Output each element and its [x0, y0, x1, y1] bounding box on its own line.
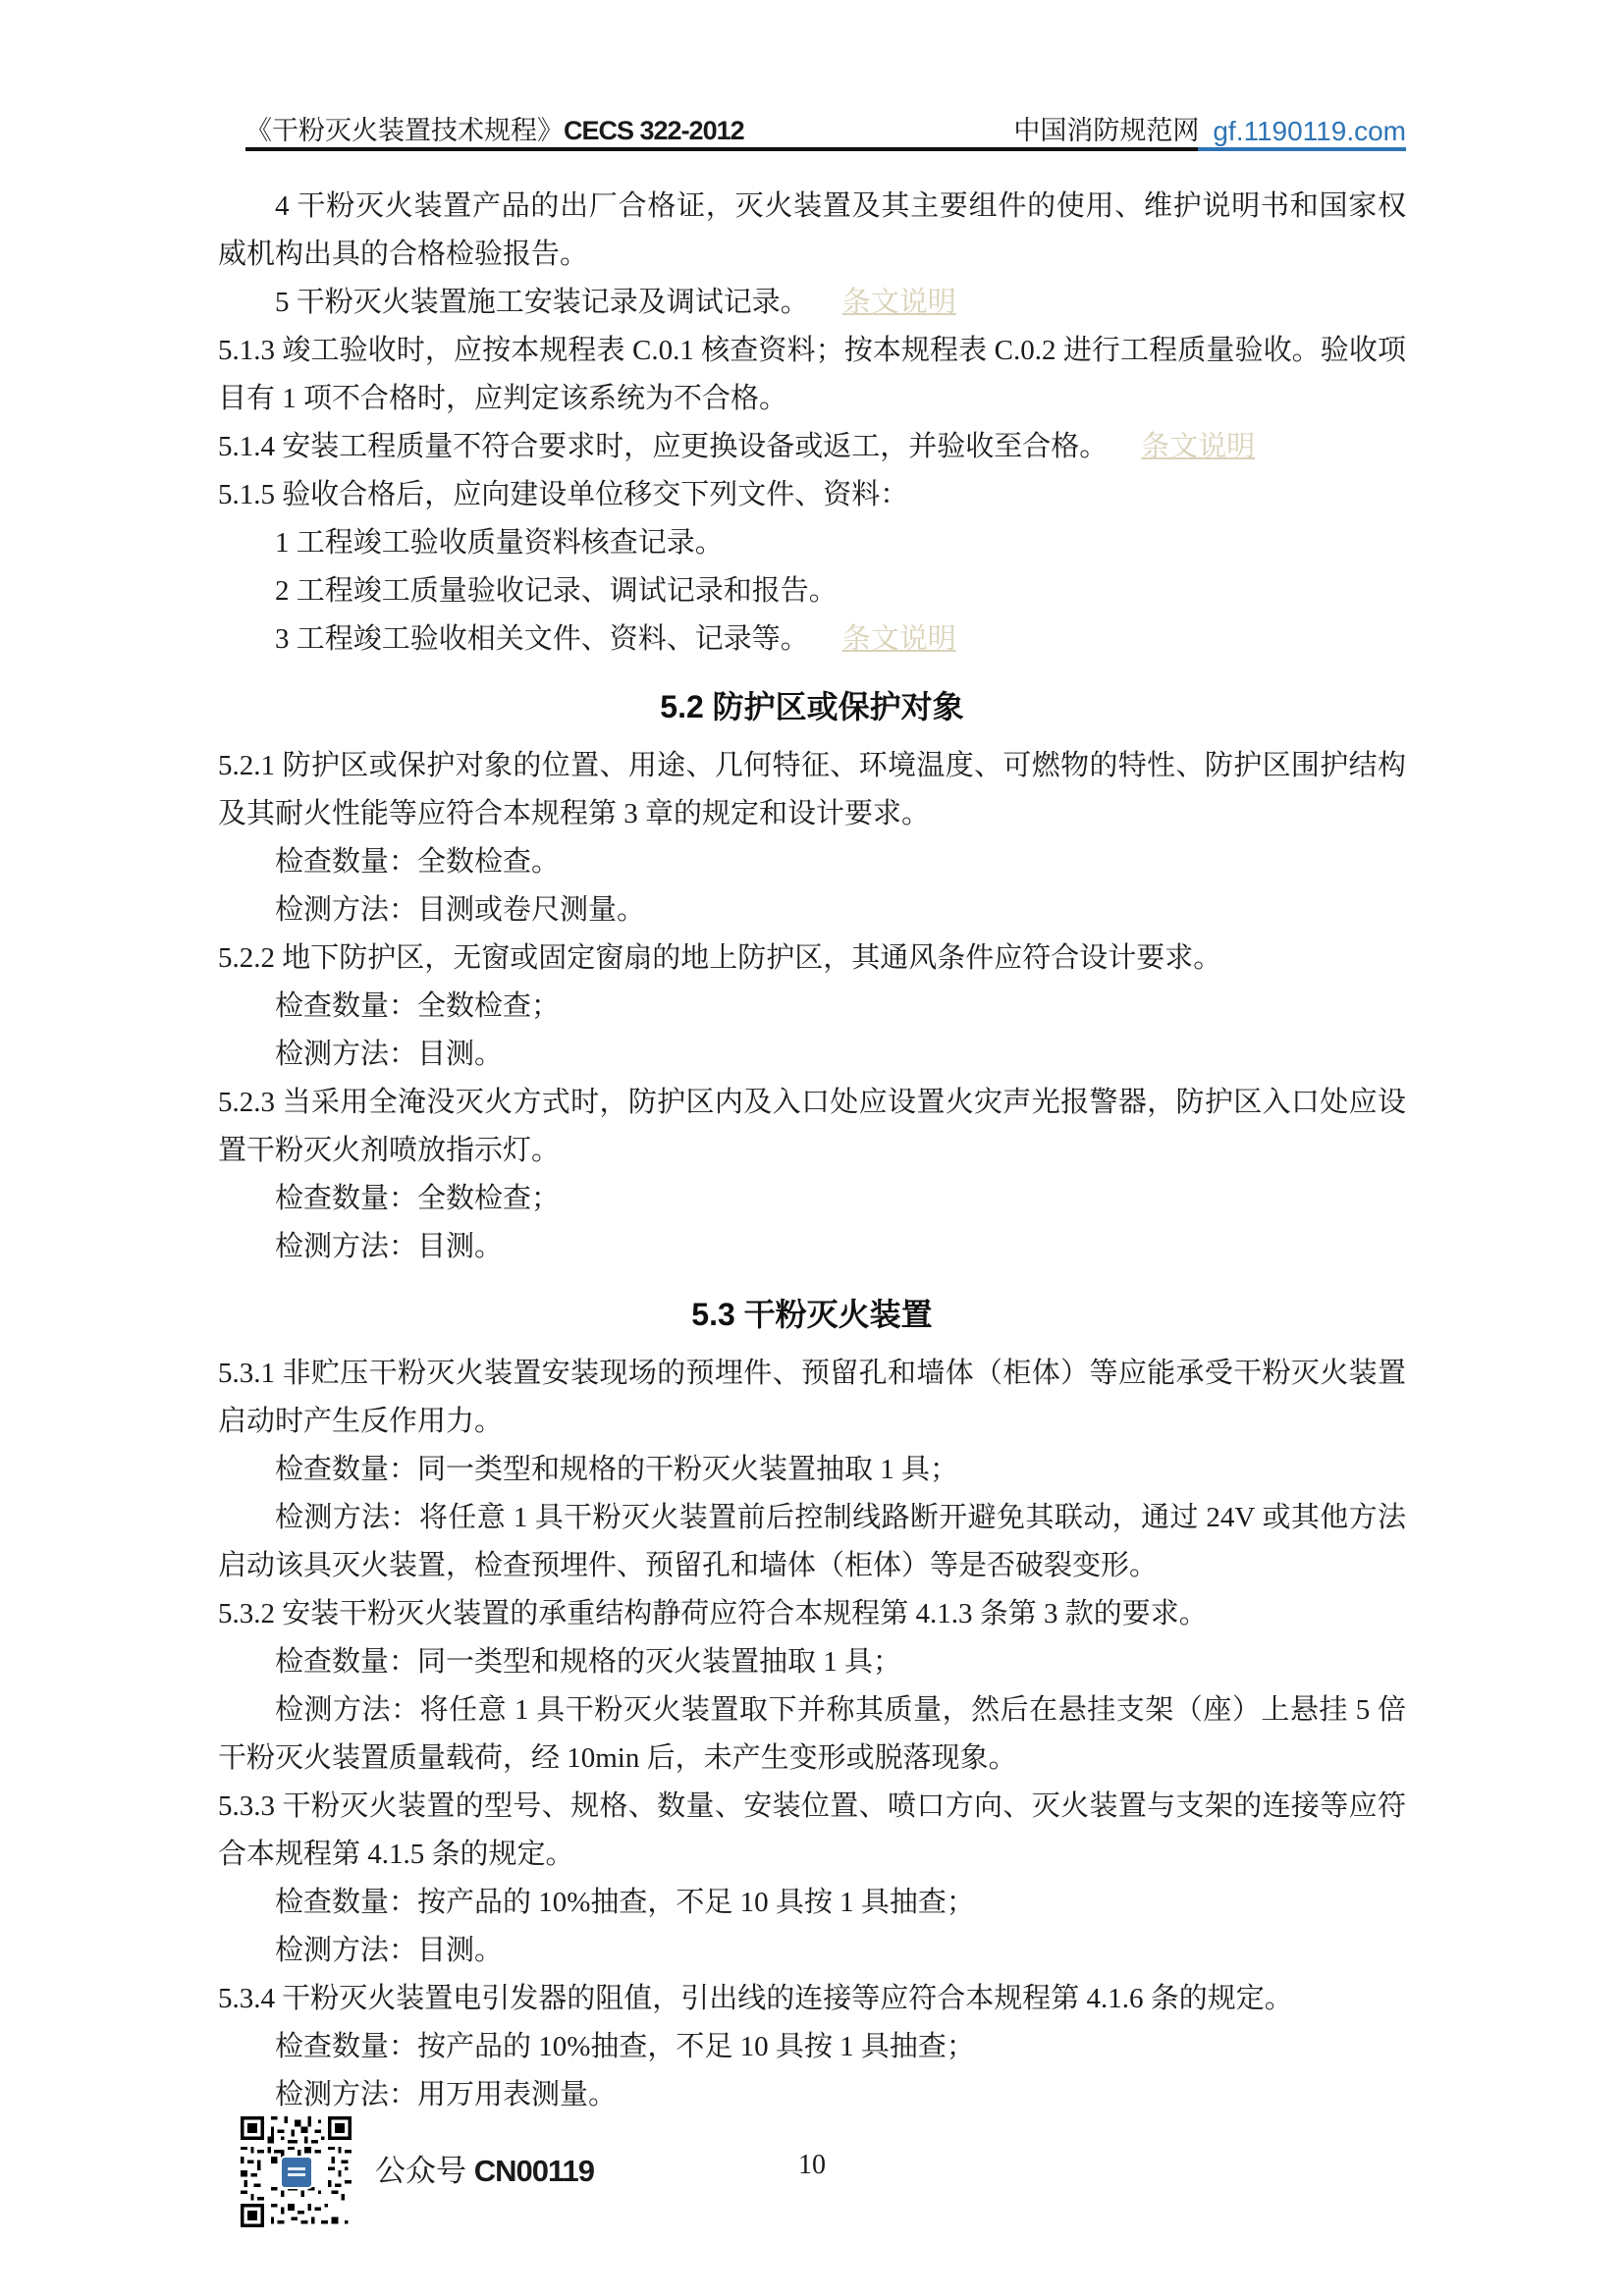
clause-text: 检测方法：将任意 1 具干粉灭火装置取下并称其质量，然后在悬挂支架（座）上悬挂 …	[218, 1694, 1406, 1774]
clause-paragraph: 5.3.4 干粉灭火装置电引发器的阻值，引出线的连接等应符合本规程第 4.1.6…	[218, 1975, 1406, 2023]
clause-paragraph: 5.3.1 非贮压干粉灭火装置安装现场的预埋件、预留孔和墙体（柜体）等应能承受干…	[218, 1350, 1406, 1446]
clause-paragraph: 3 工程竣工验收相关文件、资料、记录等。条文说明	[218, 615, 1406, 664]
clause-text: 5.2.3 当采用全淹没灭火方式时，防护区内及入口处应设置火灾声光报警器，防护区…	[218, 1087, 1406, 1166]
clause-paragraph: 5 干粉灭火装置施工安装记录及调试记录。条文说明	[218, 279, 1406, 327]
clause-note-link[interactable]: 条文说明	[1141, 431, 1255, 462]
clause-paragraph: 5.3.3 干粉灭火装置的型号、规格、数量、安装位置、喷口方向、灭火装置与支架的…	[218, 1783, 1406, 1879]
clause-paragraph: 检测方法：目测。	[218, 1031, 1406, 1079]
section-heading: 5.2 防护区或保护对象	[218, 683, 1406, 730]
clause-text: 5.2.2 地下防护区，无窗或固定窗扇的地上防护区，其通风条件应符合设计要求。	[218, 942, 1221, 974]
page-number: 10	[0, 2150, 1624, 2181]
clause-note-link[interactable]: 条文说明	[842, 623, 956, 655]
clause-text: 2 工程竣工质量验收记录、调试记录和报告。	[275, 575, 838, 607]
clause-text: 4 干粉灭火装置产品的出厂合格证，灭火装置及其主要组件的使用、维护说明书和国家权…	[218, 190, 1406, 270]
clause-paragraph: 检查数量：同一类型和规格的干粉灭火装置抽取 1 具；	[218, 1446, 1406, 1494]
clause-text: 检测方法：将任意 1 具干粉灭火装置前后控制线路断开避免其联动，通过 24V 或…	[218, 1502, 1406, 1581]
clause-text: 检查数量：按产品的 10%抽查，不足 10 具按 1 具抽查；	[275, 1887, 975, 1918]
page-footer: 公众号 CN00119 10	[0, 2110, 1624, 2238]
clause-paragraph: 5.2.1 防护区或保护对象的位置、用途、几何特征、环境温度、可燃物的特性、防护…	[218, 742, 1406, 838]
clause-text: 检查数量：全数检查；	[275, 990, 560, 1022]
clause-paragraph: 检查数量：全数检查；	[218, 983, 1406, 1031]
clause-text: 检查数量：全数检查。	[275, 846, 560, 878]
clause-text: 3 工程竣工验收相关文件、资料、记录等。	[275, 623, 809, 655]
clause-paragraph: 5.2.3 当采用全淹没灭火方式时，防护区内及入口处应设置火灾声光报警器，防护区…	[218, 1079, 1406, 1175]
clause-paragraph: 5.1.5 验收合格后，应向建设单位移交下列文件、资料：	[218, 471, 1406, 519]
header-rule-blue-segment	[1198, 147, 1406, 151]
clause-paragraph: 5.2.2 地下防护区，无窗或固定窗扇的地上防护区，其通风条件应符合设计要求。	[218, 934, 1406, 983]
clause-paragraph: 5.3.2 安装干粉灭火装置的承重结构静荷应符合本规程第 4.1.3 条第 3 …	[218, 1590, 1406, 1638]
clause-text: 5.2.1 防护区或保护对象的位置、用途、几何特征、环境温度、可燃物的特性、防护…	[218, 750, 1406, 829]
clause-text: 5.1.3 竣工验收时，应按本规程表 C.0.1 核查资料；按本规程表 C.0.…	[218, 335, 1406, 414]
clause-text: 检测方法：目测或卷尺测量。	[275, 894, 645, 926]
clause-paragraph: 5.1.3 竣工验收时，应按本规程表 C.0.1 核查资料；按本规程表 C.0.…	[218, 327, 1406, 423]
clause-text: 5.3.4 干粉灭火装置电引发器的阻值，引出线的连接等应符合本规程第 4.1.6…	[218, 1983, 1293, 2014]
clause-paragraph: 检测方法：将任意 1 具干粉灭火装置前后控制线路断开避免其联动，通过 24V 或…	[218, 1494, 1406, 1590]
site-name: 中国消防规范网	[1013, 109, 1199, 147]
clause-text: 检查数量：全数检查；	[275, 1183, 560, 1214]
clause-paragraph: 检查数量：按产品的 10%抽查，不足 10 具按 1 具抽查；	[218, 2023, 1406, 2071]
document-code: CECS 322-2012	[564, 116, 744, 145]
clause-text: 检测方法：目测。	[275, 1231, 503, 1262]
document-title-cn: 《干粉灭火装置技术规程》	[245, 116, 564, 145]
clause-text: 检查数量：同一类型和规格的灭火装置抽取 1 具；	[275, 1646, 901, 1678]
clause-text: 5.3.3 干粉灭火装置的型号、规格、数量、安装位置、喷口方向、灭火装置与支架的…	[218, 1790, 1406, 1870]
clause-text: 检测方法：用万用表测量。	[275, 2079, 617, 2110]
clause-paragraph: 检查数量：全数检查。	[218, 838, 1406, 886]
clause-text: 5.3.2 安装干粉灭火装置的承重结构静荷应符合本规程第 4.1.3 条第 3 …	[218, 1598, 1208, 1629]
clause-paragraph: 检测方法：将任意 1 具干粉灭火装置取下并称其质量，然后在悬挂支架（座）上悬挂 …	[218, 1686, 1406, 1783]
clause-paragraph: 1 工程竣工验收质量资料核查记录。	[218, 519, 1406, 567]
clause-text: 检查数量：按产品的 10%抽查，不足 10 具按 1 具抽查；	[275, 2031, 975, 2062]
clause-paragraph: 检测方法：目测。	[218, 1223, 1406, 1271]
clause-text: 5.1.4 安装工程质量不符合要求时，应更换设备或返工，并验收至合格。	[218, 431, 1108, 462]
clause-text: 5.1.5 验收合格后，应向建设单位移交下列文件、资料：	[218, 479, 908, 510]
clause-text: 5 干粉灭火装置施工安装记录及调试记录。	[275, 287, 809, 318]
clause-paragraph: 检查数量：全数检查；	[218, 1175, 1406, 1223]
clause-paragraph: 检测方法：目测。	[218, 1927, 1406, 1975]
document-title: 《干粉灭火装置技术规程》CECS 322-2012	[245, 109, 744, 147]
clause-paragraph: 检查数量：同一类型和规格的灭火装置抽取 1 具；	[218, 1638, 1406, 1686]
site-link[interactable]: gf.1190119.com	[1213, 116, 1406, 147]
clause-text: 检查数量：同一类型和规格的干粉灭火装置抽取 1 具；	[275, 1454, 958, 1485]
page-header: 《干粉灭火装置技术规程》CECS 322-2012 中国消防规范网 gf.119…	[245, 106, 1406, 151]
clause-paragraph: 5.1.4 安装工程质量不符合要求时，应更换设备或返工，并验收至合格。条文说明	[218, 423, 1406, 471]
clause-paragraph: 2 工程竣工质量验收记录、调试记录和报告。	[218, 567, 1406, 615]
clause-paragraph: 4 干粉灭火装置产品的出厂合格证，灭火装置及其主要组件的使用、维护说明书和国家权…	[218, 183, 1406, 279]
section-heading: 5.3 干粉灭火装置	[218, 1291, 1406, 1338]
clause-text: 检测方法：目测。	[275, 1039, 503, 1070]
clause-text: 检测方法：目测。	[275, 1935, 503, 1966]
clause-text: 1 工程竣工验收质量资料核查记录。	[275, 527, 724, 559]
clause-paragraph: 检测方法：目测或卷尺测量。	[218, 886, 1406, 934]
clause-note-link[interactable]: 条文说明	[842, 287, 956, 318]
clause-text: 5.3.1 非贮压干粉灭火装置安装现场的预埋件、预留孔和墙体（柜体）等应能承受干…	[218, 1358, 1406, 1437]
clause-paragraph: 检查数量：按产品的 10%抽查，不足 10 具按 1 具抽查；	[218, 1879, 1406, 1927]
document-body: 4 干粉灭火装置产品的出厂合格证，灭火装置及其主要组件的使用、维护说明书和国家权…	[218, 183, 1406, 2119]
